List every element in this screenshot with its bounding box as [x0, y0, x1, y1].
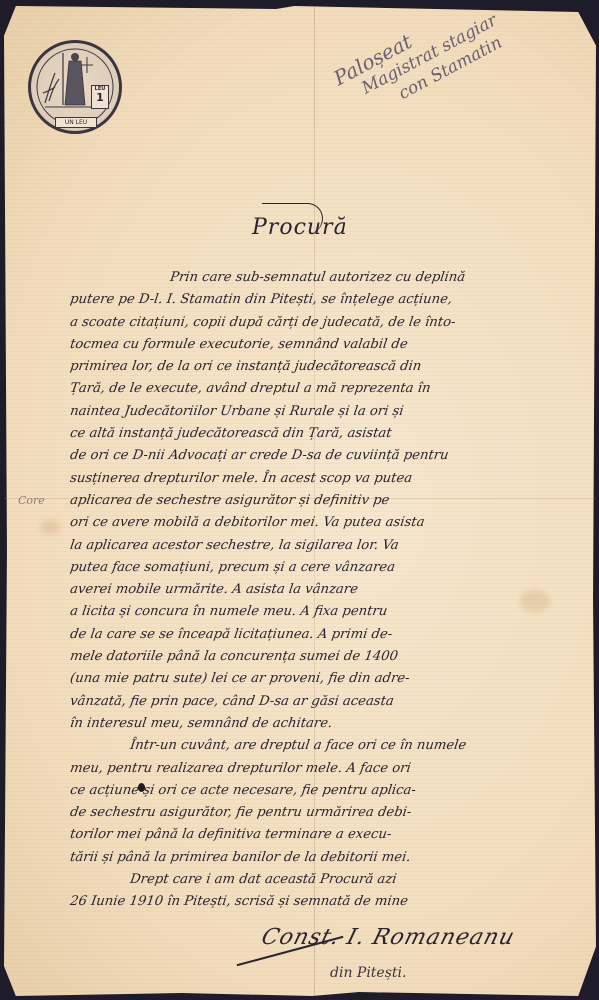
body-line: Țară, de le execute, având dreptul a mă … — [68, 378, 586, 400]
body-line: tării și până la primirea banilor de la … — [68, 847, 586, 869]
body-line: Prin care sub-semnatul autorizez cu depl… — [68, 267, 586, 289]
body-line: ori ce avere mobilă a debitorilor mei. V… — [68, 512, 586, 534]
signature: Const. I. Romaneanu — [259, 925, 518, 950]
body-line: de ori ce D-nii Advocați ar crede D-sa d… — [68, 445, 586, 467]
body-line: ce altă instanță judecătorească din Țară… — [68, 423, 586, 445]
margin-note: Core — [18, 494, 45, 507]
body-line: susținerea drepturilor mele. În acest sc… — [68, 468, 586, 490]
body-line: a scoate citațiuni, copii după cărți de … — [68, 312, 586, 334]
body-line: torilor mei până la definitiva terminare… — [68, 824, 586, 846]
stamp-denomination: LEU 1 — [91, 85, 109, 109]
body-line: la aplicarea acestor sechestre, la sigil… — [68, 535, 586, 557]
body-line: tocmea cu formule executorie, semnând va… — [68, 334, 586, 356]
paper-stain — [40, 520, 60, 534]
body-line: 26 Iunie 1910 în Pitești, scrisă și semn… — [68, 891, 586, 913]
ink-blot — [138, 783, 145, 792]
body-line: vânzată, fie prin pace, când D-sa ar găs… — [68, 691, 586, 713]
body-line: primirea lor, de la ori ce instanță jude… — [68, 356, 586, 378]
body-line: de la care se se înceapă licitațiunea. A… — [68, 624, 586, 646]
stamp-label: UN LEU — [55, 117, 97, 128]
signature-place: din Pitești. — [330, 965, 406, 981]
body-line: a licita și concura în numele meu. A fix… — [68, 601, 586, 623]
body-line: averei mobile urmărite. A asista la vânz… — [68, 579, 586, 601]
body-line: mele datoriile până la concurența sumei … — [68, 646, 586, 668]
tax-stamp: LEU 1 UN LEU — [28, 40, 122, 134]
body-line: putere pe D-l. I. Stamatin din Pitești, … — [68, 289, 586, 311]
body-line: naintea Judecătoriilor Urbane și Rurale … — [68, 401, 586, 423]
body-line: meu, pentru realizarea drepturilor mele.… — [68, 758, 586, 780]
document-title: Procură — [252, 215, 348, 240]
body-line: Într-un cuvânt, are dreptul a face ori c… — [68, 735, 586, 757]
body-line: în interesul meu, semnând de achitare. — [68, 713, 586, 735]
body-line: de sechestru asigurător, fie pentru urmă… — [68, 802, 586, 824]
body-line: Drept care i am dat această Procură azi — [68, 869, 586, 891]
body-line: aplicarea de sechestre asigurător și def… — [68, 490, 586, 512]
body-line: ce acțiune și ori ce acte necesare, fie … — [68, 780, 586, 802]
body-line: (una mie patru sute) lei ce ar proveni, … — [68, 668, 586, 690]
body-line: putea face somațiuni, precum și a cere v… — [68, 557, 586, 579]
document-body: Prin care sub-semnatul autorizez cu depl… — [70, 267, 585, 914]
